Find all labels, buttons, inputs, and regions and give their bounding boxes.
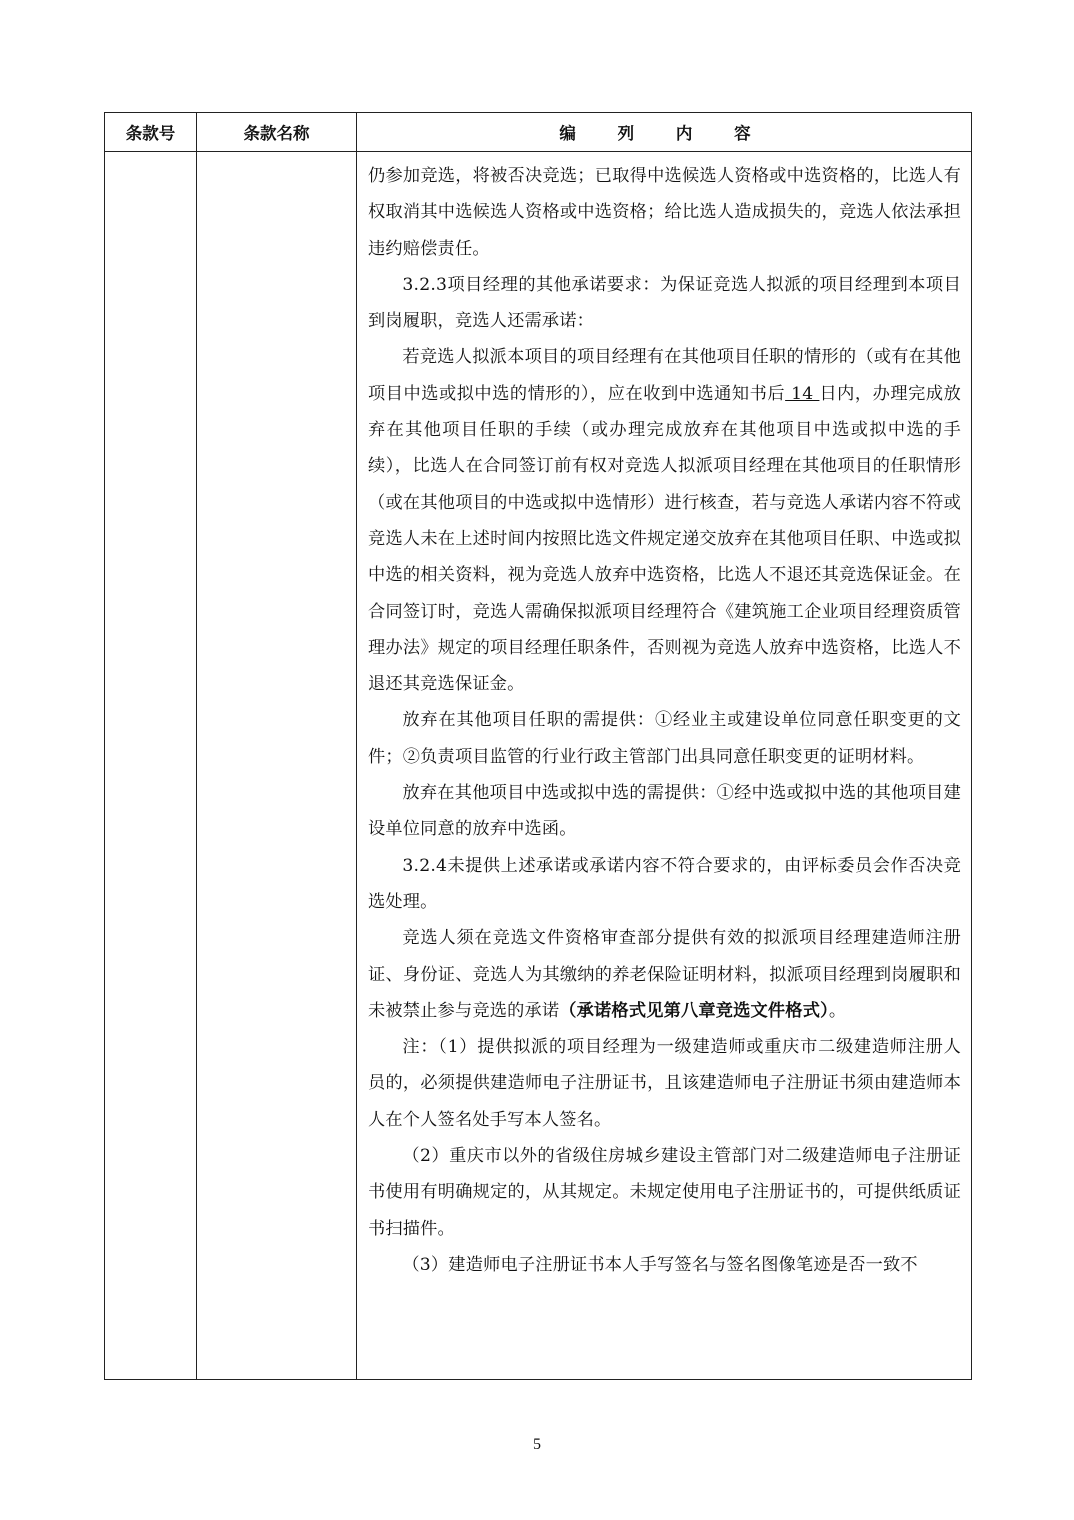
table-header-row: 条款号 条款名称 编 列 内 容	[105, 113, 972, 152]
paragraph-note-1: 注：（1）提供拟派的项目经理为一级建造师或重庆市二级建造师注册人员的，必须提供建…	[368, 1029, 961, 1138]
paragraph-commitment: 若竞选人拟派本项目的项目经理有在其他项目任职的情形的（或有在其他项目中选或拟中选…	[368, 339, 961, 702]
paragraph-3-2-3: 3.2.3项目经理的其他承诺要求：为保证竞选人拟派的项目经理到本项目到岗履职，竞…	[368, 267, 961, 340]
qualification-text-after: 。	[829, 1001, 846, 1021]
paragraph-withdraw-docs: 放弃在其他项目中选或拟中选的需提供：①经中选或拟中选的其他项目建设单位同意的放弃…	[368, 775, 961, 848]
paragraph-3-2-4: 3.2.4未提供上述承诺或承诺内容不符合要求的，由评标委员会作否决竞选处理。	[368, 848, 961, 921]
header-content: 编 列 内 容	[357, 113, 972, 152]
paragraph-note-2: （2）重庆市以外的省级住房城乡建设主管部门对二级建造师电子注册证书使用有明确规定…	[368, 1138, 961, 1247]
cell-clause-no	[105, 152, 197, 1380]
clause-table: 条款号 条款名称 编 列 内 容 仍参加竞选，将被否决竞选；已取得中选候选人资格…	[104, 112, 972, 1380]
paragraph-note-3: （3）建造师电子注册证书本人手写签名与签名图像笔迹是否一致不	[368, 1247, 961, 1283]
commitment-text-after: 日内，办理完成放弃在其他项目任职的手续（或办理完成放弃在其他项目中选或拟中选的手…	[368, 384, 961, 694]
table-row: 仍参加竞选，将被否决竞选；已取得中选候选人资格或中选资格的，比选人有权取消其中选…	[105, 152, 972, 1380]
page-number: 5	[0, 1436, 1074, 1454]
paragraph-resign-docs: 放弃在其他项目任职的需提供：①经业主或建设单位同意任职变更的文件；②负责项目监管…	[368, 702, 961, 775]
paragraph-continuation: 仍参加竞选，将被否决竞选；已取得中选候选人资格或中选资格的，比选人有权取消其中选…	[368, 158, 961, 267]
cell-content: 仍参加竞选，将被否决竞选；已取得中选候选人资格或中选资格的，比选人有权取消其中选…	[357, 152, 972, 1380]
header-clause-no: 条款号	[105, 113, 197, 152]
days-value: 14	[785, 384, 819, 404]
header-clause-name: 条款名称	[197, 113, 357, 152]
format-reference: （承诺格式见第八章竞选文件格式）	[559, 1001, 829, 1021]
cell-clause-name	[197, 152, 357, 1380]
paragraph-qualification: 竞选人须在竞选文件资格审查部分提供有效的拟派项目经理建造师注册证、身份证、竞选人…	[368, 920, 961, 1029]
